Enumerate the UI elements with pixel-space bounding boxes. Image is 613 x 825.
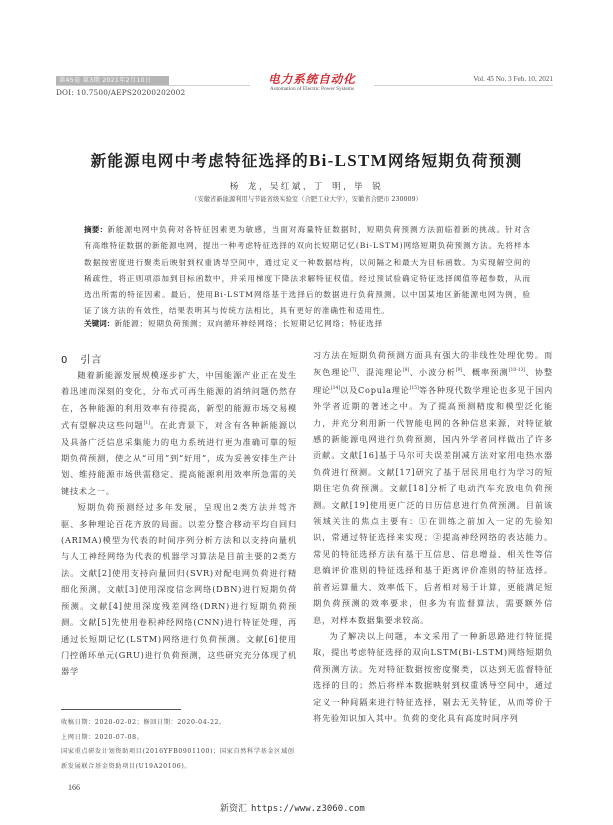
keywords: 关键词：新能源；短期负荷预测；双向循环神经网络；长短期记忆网络；特征选择	[84, 318, 531, 329]
citation-ref: [15]	[410, 386, 419, 391]
title-latin: Bi-LSTM	[309, 151, 388, 170]
paragraph-text: 。在此背景下，对含有各种新能源以及具备广泛信息采集能力的电力系统进行更为准确可靠…	[61, 420, 297, 496]
article-title: 新能源电网中考虑特征选择的Bi-LSTM网络短期负荷预测	[0, 149, 613, 171]
authors: 杨 龙，吴红斌，丁 明，毕 锐	[0, 180, 613, 192]
page-number: 166	[68, 783, 80, 792]
affiliation: （安徽省新能源利用与节能省级实验室（合肥工业大学），安徽省合肥市 230009）	[0, 194, 613, 203]
doi: DOI: 10.7500/AEPS20200202002	[56, 88, 185, 97]
footnotes: 收稿日期：2020-02-02；修回日期：2020-04-22。 上网日期：20…	[61, 716, 301, 774]
paragraph: 随着新能源发展规模逐步扩大，中国能源产业正在发生着迅速而深刻的变化，分布式可再生…	[61, 367, 297, 499]
journal-name-en: Automation of Electric Power Systems	[240, 86, 384, 92]
body-column-right: 习方法在短期负荷预测方面具有强大的非线性处理优势。而灰色理论[7]、混沌理论[8…	[313, 347, 553, 726]
paragraph: 短期负荷预测经过多年发展，呈现出2类方法并驾齐驱、多种理论百花齐放的局面。以差分…	[61, 499, 297, 679]
journal-logo-cn: 电力系统自动化	[252, 71, 372, 87]
watermark-cn: 新资汇	[220, 804, 247, 814]
body-column-left: 随着新能源发展规模逐步扩大，中国能源产业正在发生着迅速而深刻的变化，分布式可再生…	[61, 367, 297, 680]
citation-ref: [10-13]	[509, 368, 525, 373]
paragraph-text: 、概率预测	[462, 367, 509, 377]
citation-ref: [14]	[331, 386, 340, 391]
paragraph-text: 等各种现代数学理论也多见于国内外学者近期的著述之中。为了提高预测精度和模型泛化能…	[313, 385, 553, 625]
watermark-url[interactable]: https://www.z3060.com	[251, 804, 365, 814]
title-prefix: 新能源电网中考虑特征选择的	[91, 152, 309, 170]
paragraph: 为了解决以上问题，本文采用了一种新思路进行特征提取，提出考虑特征选择的双向LST…	[313, 628, 553, 726]
keywords-text: 新能源；短期负荷预测；双向循环神经网络；长短期记忆网络；特征选择	[114, 319, 383, 328]
paragraph-text: 、混沌理论	[356, 367, 403, 377]
footnote-rule	[61, 709, 181, 710]
footnote-online: 上网日期：2020-07-08。	[61, 731, 301, 746]
title-suffix: 网络短期负荷预测	[388, 152, 522, 170]
abstract-label: 摘要：	[84, 225, 107, 234]
section-heading: 0引言	[61, 351, 102, 366]
paragraph-text: 、小波分析	[409, 367, 456, 377]
keywords-label: 关键词：	[84, 319, 114, 328]
paragraph-text: 以及Copula理论	[340, 385, 409, 395]
section-number: 0	[61, 355, 68, 366]
volume-info: Vol. 45 No. 3 Feb. 10, 2021	[420, 75, 553, 83]
footnote-funding: 国家重点研发计划资助项目(2016YFB0901100)；国家自然科学基金区域创…	[61, 745, 301, 774]
footnote-received: 收稿日期：2020-02-02；修回日期：2020-04-22。	[61, 716, 301, 731]
abstract-text: 新能源电网中负荷对各特征因素更为敏感，当面对海量特征数据时，短期负荷预测方法面临…	[84, 225, 531, 315]
paragraph: 习方法在短期负荷预测方面具有强大的非线性处理优势。而灰色理论[7]、混沌理论[8…	[313, 347, 553, 628]
section-title: 引言	[80, 355, 102, 366]
abstract: 摘要：新能源电网中负荷对各特征因素更为敏感，当面对海量特征数据时，短期负荷预测方…	[84, 222, 531, 320]
watermark: 新资汇https://www.z3060.com	[220, 801, 365, 814]
